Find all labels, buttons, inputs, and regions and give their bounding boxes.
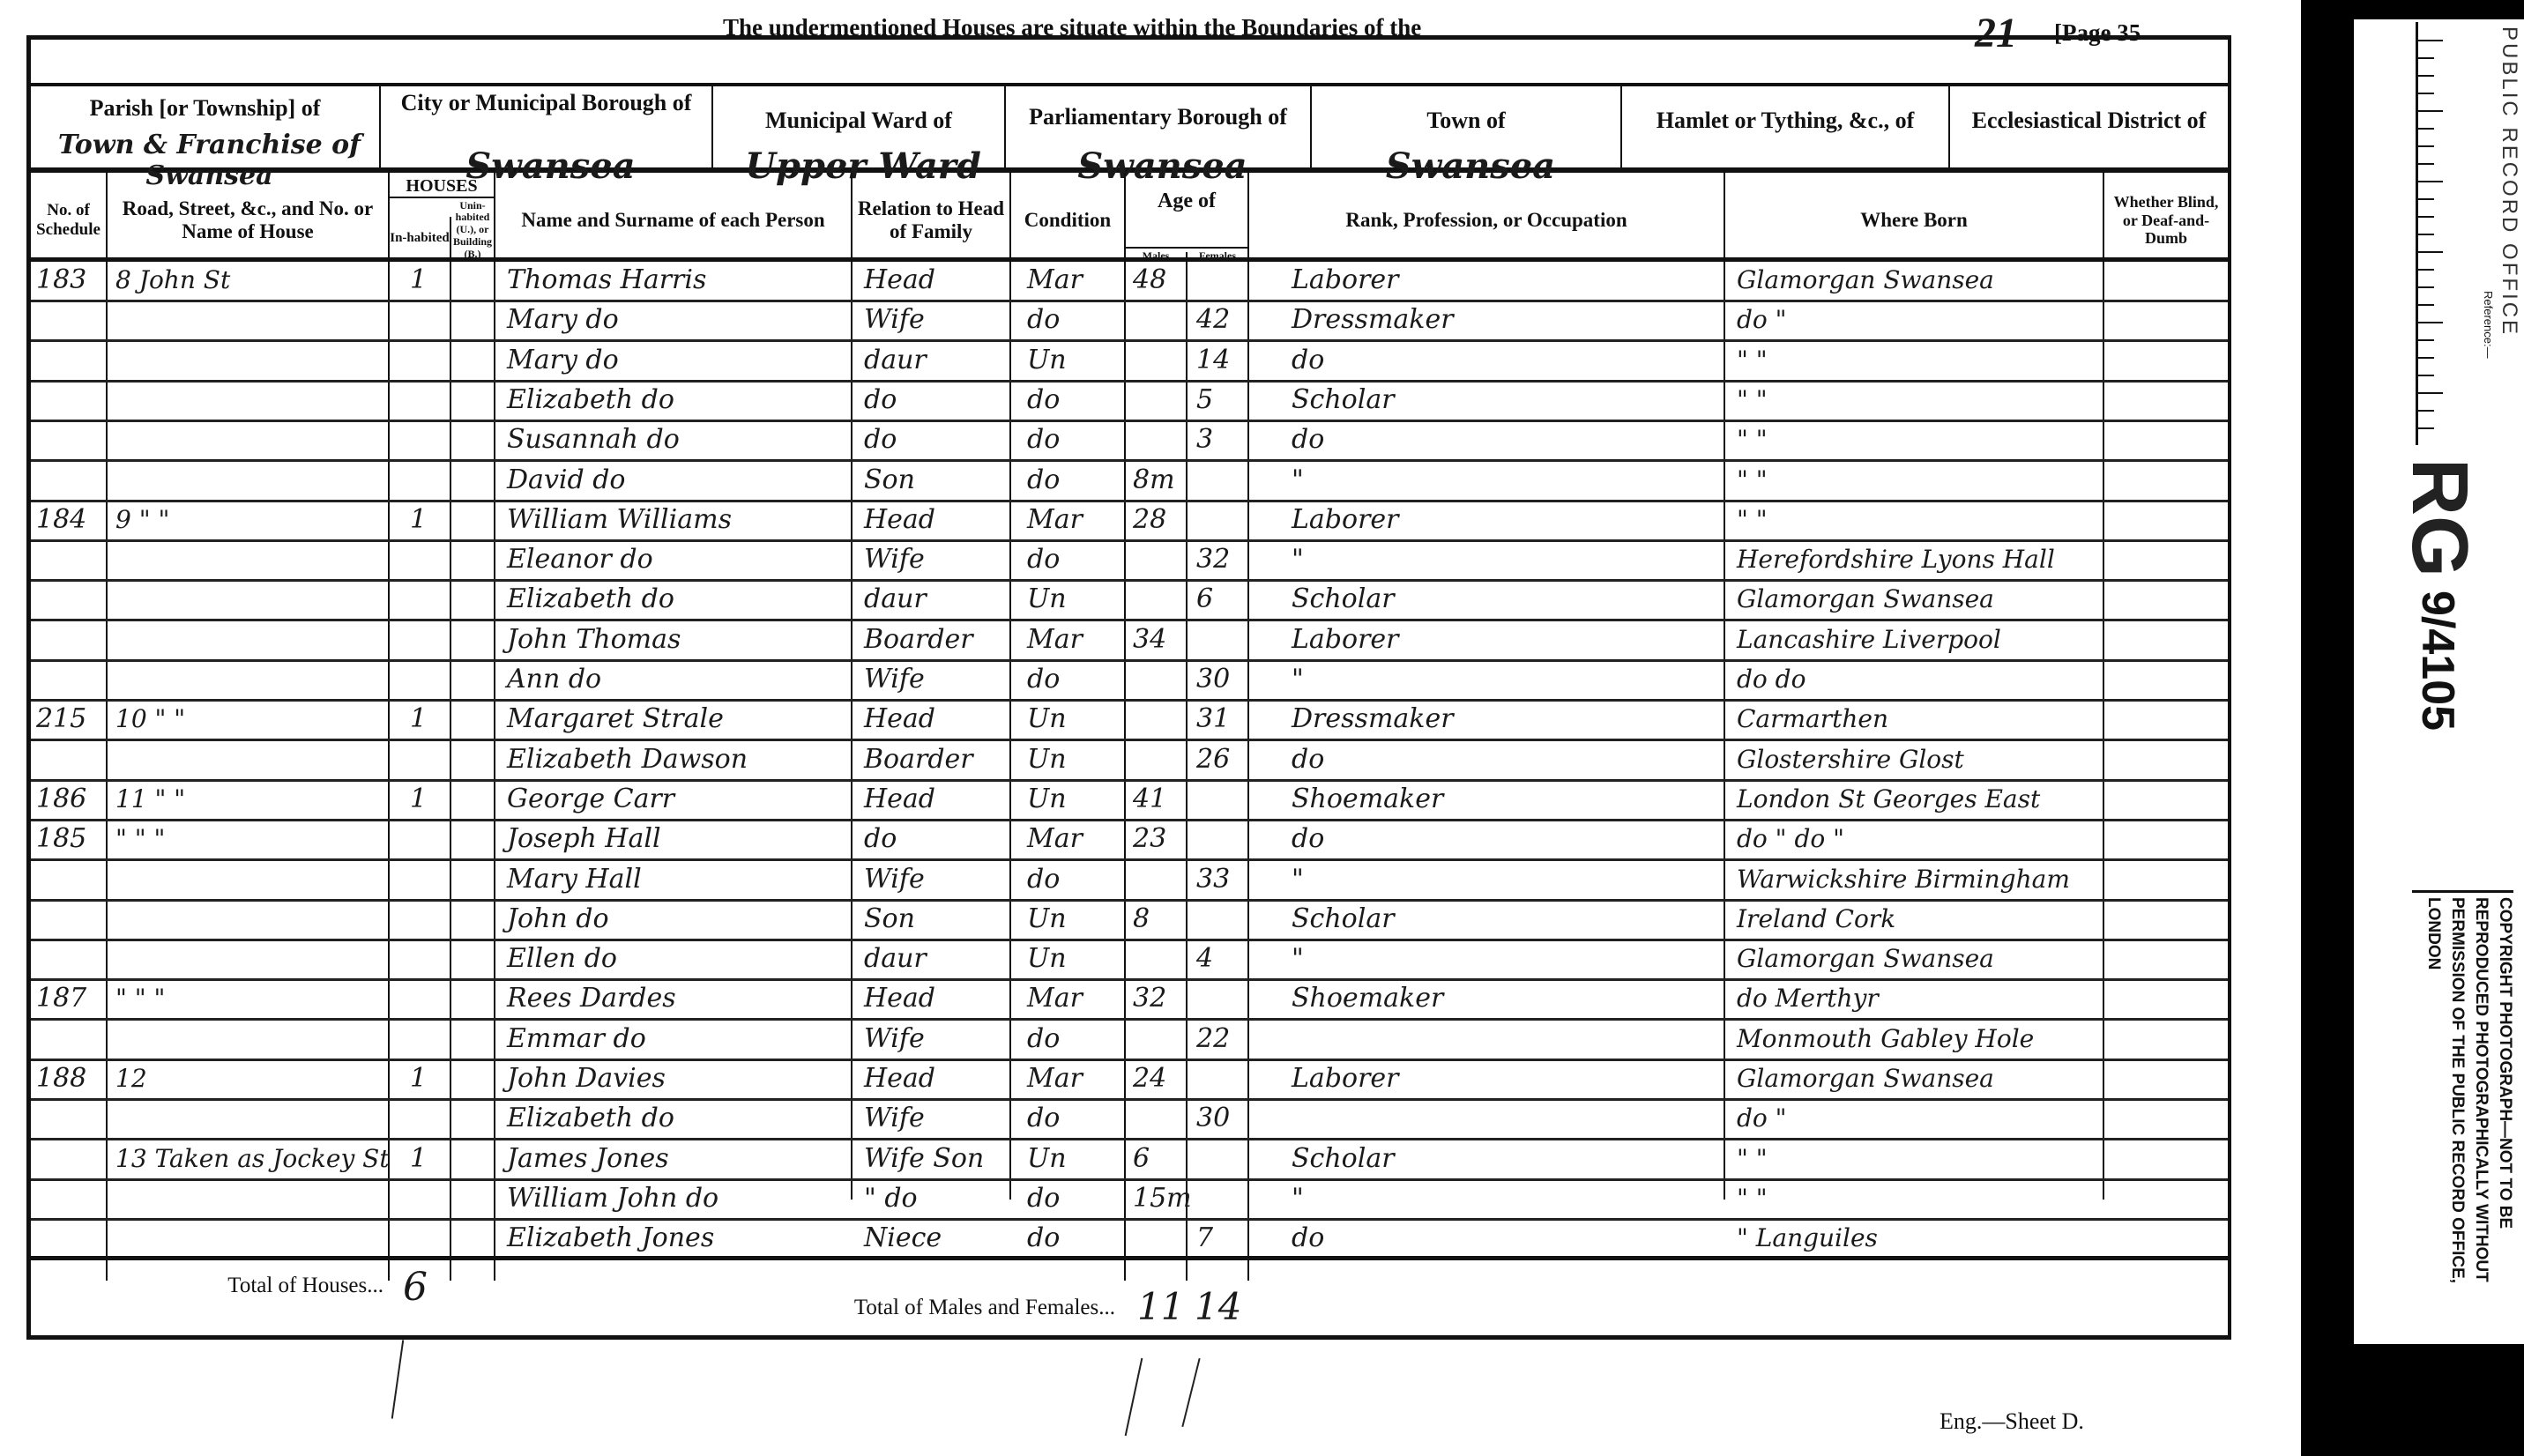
total-persons-label: Total of Males and Females...: [771, 1296, 1115, 1321]
relation: Wife: [864, 1021, 1005, 1057]
occupation: ": [1292, 661, 1715, 697]
condition: Un: [1027, 1140, 1120, 1177]
boundary-label: Parliamentary Borough of: [1006, 104, 1310, 130]
age-female: 22: [1196, 1021, 1245, 1057]
census-row: Elizabeth do daur Un 6 Scholar Glamorgan…: [31, 579, 2228, 621]
age-female: [1196, 1140, 1245, 1177]
age-female: [1196, 501, 1245, 538]
person-name: Emmar do: [507, 1021, 846, 1057]
person-name: Ellen do: [507, 940, 846, 977]
schedule-number: 185: [36, 821, 107, 857]
total-houses-label: Total of Houses...: [84, 1274, 383, 1299]
blind-deaf: [2111, 701, 2226, 737]
schedule-number: 215: [36, 701, 107, 737]
blind-deaf: [2111, 301, 2226, 338]
birthplace: Glostershire Glost: [1737, 741, 2098, 777]
occupation: do: [1292, 1220, 1715, 1256]
inhabited-count: [410, 661, 445, 697]
inhabited-count: [410, 1100, 445, 1136]
condition: Un: [1027, 581, 1120, 617]
uninhabited-count: [454, 940, 489, 977]
blind-deaf: [2111, 421, 2226, 457]
relation: Head: [864, 781, 1005, 817]
blind-deaf: [2111, 541, 2226, 577]
schedule-number: [36, 1100, 107, 1136]
person-name: Joseph Hall: [507, 821, 846, 857]
measurement-ruler: [2416, 22, 2453, 445]
header-inhabited: In-habited: [390, 217, 450, 261]
relation: Head: [864, 501, 1005, 538]
blind-deaf: [2111, 821, 2226, 857]
birthplace: " ": [1737, 1180, 2098, 1216]
copyright-divider: [2412, 890, 2513, 893]
record-office-label: PUBLIC RECORD OFFICE: [2497, 26, 2521, 337]
census-row: Ann do Wife do 30 " do do: [31, 659, 2228, 702]
inhabited-count: [410, 1220, 445, 1256]
relation: Head: [864, 701, 1005, 737]
condition: Mar: [1027, 501, 1120, 538]
uninhabited-count: [454, 501, 489, 538]
age-female: [1196, 262, 1245, 298]
blind-deaf: [2111, 621, 2226, 657]
inhabited-count: [410, 541, 445, 577]
street-address: 8 John St: [115, 262, 384, 298]
person-name: George Carr: [507, 781, 846, 817]
birthplace: Monmouth Gabley Hole: [1737, 1021, 2098, 1057]
age-female: [1196, 901, 1245, 937]
relation: Son: [864, 901, 1005, 937]
schedule-number: [36, 541, 107, 577]
birthplace: Lancashire Liverpool: [1737, 621, 2098, 657]
age-male: 8m: [1133, 462, 1186, 498]
relation: Boarder: [864, 741, 1005, 777]
header-blind: Whether Blind, or Deaf-and-Dumb: [2104, 167, 2228, 273]
street-address: [115, 342, 384, 378]
blind-deaf: [2111, 940, 2226, 977]
relation: Head: [864, 262, 1005, 298]
condition: Mar: [1027, 980, 1120, 1016]
birthplace: Carmarthen: [1737, 701, 2098, 737]
top-rule: [31, 35, 2228, 40]
inhabited-count: [410, 980, 445, 1016]
uninhabited-count: [454, 1060, 489, 1096]
condition: do: [1027, 421, 1120, 457]
street-address: [115, 1100, 384, 1136]
header-born: Where Born: [1725, 167, 2103, 273]
blind-deaf: [2111, 501, 2226, 538]
schedule-number: [36, 342, 107, 378]
age-female: 32: [1196, 541, 1245, 577]
boundary-label: Ecclesiastical District of: [1950, 108, 2228, 134]
street-address: [115, 581, 384, 617]
birthplace: London St Georges East: [1737, 781, 2098, 817]
census-row: Mary do daur Un 14 do " ": [31, 340, 2228, 383]
film-edge-top: [2319, 0, 2524, 19]
schedule-number: [36, 621, 107, 657]
condition: Un: [1027, 901, 1120, 937]
inhabited-count: 1: [410, 781, 445, 817]
street-address: 12: [115, 1060, 384, 1096]
relation: Wife Son: [864, 1140, 1005, 1177]
relation: Head: [864, 1060, 1005, 1096]
relation: do: [864, 421, 1005, 457]
person-name: Elizabeth do: [507, 1100, 846, 1136]
blind-deaf: [2111, 462, 2226, 498]
uninhabited-count: [454, 581, 489, 617]
uninhabited-count: [454, 462, 489, 498]
birthplace: " ": [1737, 342, 2098, 378]
total-houses-value: 6: [403, 1265, 428, 1310]
street-address: 10 " ": [115, 701, 384, 737]
occupation: Scholar: [1292, 382, 1715, 418]
census-row: 13 Taken as Jockey St 1 James Jones Wife…: [31, 1139, 2228, 1181]
inhabited-count: [410, 861, 445, 897]
age-female: 30: [1196, 1100, 1245, 1136]
relation: " do: [864, 1180, 1005, 1216]
person-name: John Thomas: [507, 621, 846, 657]
age-male: [1133, 541, 1186, 577]
uninhabited-count: [454, 661, 489, 697]
age-male: [1133, 342, 1186, 378]
total-females: 14: [1195, 1285, 1241, 1328]
census-row: 184 9 " " 1 William Williams Head Mar 28…: [31, 500, 2228, 542]
uninhabited-count: [454, 1180, 489, 1216]
occupation: Laborer: [1292, 501, 1715, 538]
inhabited-count: 1: [410, 1140, 445, 1177]
schedule-number: [36, 940, 107, 977]
relation: Wife: [864, 301, 1005, 338]
person-name: William Williams: [507, 501, 846, 538]
occupation: Laborer: [1292, 621, 1715, 657]
condition: Un: [1027, 342, 1120, 378]
age-male: 41: [1133, 781, 1186, 817]
relation: daur: [864, 940, 1005, 977]
census-row: Elizabeth Dawson Boarder Un 26 do Gloste…: [31, 739, 2228, 782]
age-subrule: [1126, 247, 1247, 249]
person-name: Ann do: [507, 661, 846, 697]
inhabited-count: [410, 382, 445, 418]
age-female: 3: [1196, 421, 1245, 457]
condition: Un: [1027, 940, 1120, 977]
heading-rule: [31, 83, 2228, 86]
age-female: [1196, 462, 1245, 498]
header-houses: HOUSES: [390, 176, 494, 198]
street-address: [115, 661, 384, 697]
street-address: [115, 901, 384, 937]
condition: Mar: [1027, 1060, 1120, 1096]
person-name: James Jones: [507, 1140, 846, 1177]
age-female: [1196, 621, 1245, 657]
blind-deaf: [2111, 342, 2226, 378]
uninhabited-count: [454, 1220, 489, 1256]
age-female: 30: [1196, 661, 1245, 697]
schedule-number: 183: [36, 262, 107, 298]
uninhabited-count: [454, 342, 489, 378]
census-row: 183 8 John St 1 Thomas Harris Head Mar 4…: [31, 260, 2228, 302]
person-name: John Davies: [507, 1060, 846, 1096]
street-address: [115, 861, 384, 897]
occupation: ": [1292, 541, 1715, 577]
birthplace: Ireland Cork: [1737, 901, 2098, 937]
header-occupation: Rank, Profession, or Occupation: [1249, 167, 1724, 273]
condition: do: [1027, 301, 1120, 338]
street-address: " " ": [115, 821, 384, 857]
relation: Wife: [864, 1100, 1005, 1136]
uninhabited-count: [454, 861, 489, 897]
blind-deaf: [2111, 1220, 2226, 1256]
blind-deaf: [2111, 661, 2226, 697]
age-male: [1133, 421, 1186, 457]
occupation: Scholar: [1292, 581, 1715, 617]
age-female: 5: [1196, 382, 1245, 418]
birthplace: do do: [1737, 661, 2098, 697]
age-male: [1133, 301, 1186, 338]
age-female: 7: [1196, 1220, 1245, 1256]
age-male: [1133, 940, 1186, 977]
condition: do: [1027, 1220, 1120, 1256]
census-row: Emmar do Wife do 22 Monmouth Gabley Hole: [31, 1019, 2228, 1061]
inhabited-count: [410, 901, 445, 937]
person-name: Elizabeth do: [507, 581, 846, 617]
condition: do: [1027, 541, 1120, 577]
occupation: [1292, 1021, 1715, 1057]
census-row: William John do " do do 15m " " ": [31, 1178, 2228, 1221]
condition: Un: [1027, 741, 1120, 777]
occupation: ": [1292, 940, 1715, 977]
boundary-label: Municipal Ward of: [713, 108, 1004, 134]
reference-piece: 9/4105: [2411, 591, 2464, 731]
uninhabited-count: [454, 980, 489, 1016]
condition: do: [1027, 382, 1120, 418]
condition: do: [1027, 1100, 1120, 1136]
condition: Un: [1027, 781, 1120, 817]
blind-deaf: [2111, 1140, 2226, 1177]
condition: do: [1027, 462, 1120, 498]
census-row: Elizabeth Jones Niece do 7 do " Languile…: [31, 1218, 2228, 1260]
blind-deaf: [2111, 1100, 2226, 1136]
inhabited-count: [410, 821, 445, 857]
birthplace: " ": [1737, 462, 2098, 498]
street-address: [115, 421, 384, 457]
totals-rule: [31, 1256, 2228, 1260]
person-name: Margaret Strale: [507, 701, 846, 737]
birthplace: " ": [1737, 421, 2098, 457]
film-edge: [2301, 0, 2354, 1456]
occupation: Shoemaker: [1292, 980, 1715, 1016]
street-address: [115, 741, 384, 777]
age-female: 14: [1196, 342, 1245, 378]
schedule-number: [36, 301, 107, 338]
schedule-number: [36, 421, 107, 457]
uninhabited-count: [454, 382, 489, 418]
relation: Son: [864, 462, 1005, 498]
reference-label: Reference:—: [2482, 291, 2495, 359]
census-row: Susannah do do do 3 do " ": [31, 420, 2228, 462]
uninhabited-count: [454, 741, 489, 777]
schedule-number: 184: [36, 501, 107, 538]
birthplace: Glamorgan Swansea: [1737, 1060, 2098, 1096]
street-address: [115, 301, 384, 338]
person-name: Thomas Harris: [507, 262, 846, 298]
age-male: 34: [1133, 621, 1186, 657]
birthplace: do Merthyr: [1737, 980, 2098, 1016]
condition: Mar: [1027, 262, 1120, 298]
street-address: [115, 1021, 384, 1057]
census-row: Elizabeth do Wife do 30 do ": [31, 1098, 2228, 1140]
age-female: [1196, 781, 1245, 817]
occupation: ": [1292, 861, 1715, 897]
uninhabited-count: [454, 901, 489, 937]
inhabited-count: 1: [410, 262, 445, 298]
occupation: Dressmaker: [1292, 701, 1715, 737]
uninhabited-count: [454, 1100, 489, 1136]
relation: daur: [864, 581, 1005, 617]
occupation: Scholar: [1292, 1140, 1715, 1177]
person-name: David do: [507, 462, 846, 498]
blind-deaf: [2111, 1060, 2226, 1096]
inhabited-count: [410, 1180, 445, 1216]
uninhabited-count: [454, 301, 489, 338]
occupation: ": [1292, 462, 1715, 498]
census-row: 186 11 " " 1 George Carr Head Un 41 Shoe…: [31, 779, 2228, 821]
blind-deaf: [2111, 262, 2226, 298]
age-male: [1133, 661, 1186, 697]
schedule-number: 188: [36, 1060, 107, 1096]
uninhabited-count: [454, 421, 489, 457]
schedule-number: [36, 901, 107, 937]
age-male: [1133, 382, 1186, 418]
birthplace: do ": [1737, 301, 2098, 338]
person-name: Elizabeth Dawson: [507, 741, 846, 777]
uninhabited-count: [454, 1021, 489, 1057]
header-condition: Condition: [1011, 167, 1124, 273]
header-age: Age of: [1126, 189, 1247, 214]
occupation: do: [1292, 421, 1715, 457]
census-row: David do Son do 8m " " ": [31, 460, 2228, 502]
boundary-label: Town of: [1312, 108, 1620, 134]
uninhabited-count: [454, 781, 489, 817]
birthplace: Glamorgan Swansea: [1737, 940, 2098, 977]
uninhabited-count: [454, 1140, 489, 1177]
relation: Wife: [864, 861, 1005, 897]
birthplace: Glamorgan Swansea: [1737, 262, 2098, 298]
header-relation: Relation to Head of Family: [853, 167, 1009, 273]
schedule-number: 186: [36, 781, 107, 817]
inhabited-count: [410, 940, 445, 977]
uninhabited-count: [454, 701, 489, 737]
street-address: [115, 462, 384, 498]
birthplace: " ": [1737, 382, 2098, 418]
occupation: Laborer: [1292, 262, 1715, 298]
age-male: 48: [1133, 262, 1186, 298]
tally-mark: [1181, 1358, 1200, 1427]
inhabited-count: [410, 741, 445, 777]
blind-deaf: [2111, 741, 2226, 777]
relation: do: [864, 382, 1005, 418]
relation: Wife: [864, 661, 1005, 697]
header-name: Name and Surname of each Person: [495, 167, 851, 273]
age-male: 15m: [1133, 1180, 1186, 1216]
uninhabited-count: [454, 821, 489, 857]
census-row: 215 10 " " 1 Margaret Strale Head Un 31 …: [31, 699, 2228, 741]
reference-series: RG: [2394, 458, 2484, 577]
age-male: 28: [1133, 501, 1186, 538]
census-row: Eleanor do Wife do 32 " Herefordshire Ly…: [31, 539, 2228, 582]
relation: Wife: [864, 541, 1005, 577]
person-name: Mary Hall: [507, 861, 846, 897]
inhabited-count: [410, 1021, 445, 1057]
census-row: Mary Hall Wife do 33 " Warwickshire Birm…: [31, 859, 2228, 902]
boundary-label: Parish [or Township] of: [31, 95, 379, 122]
age-female: [1196, 1180, 1245, 1216]
person-name: Elizabeth Jones: [507, 1220, 846, 1256]
inhabited-count: [410, 621, 445, 657]
inhabited-count: [410, 462, 445, 498]
blind-deaf: [2111, 581, 2226, 617]
census-row: Mary do Wife do 42 Dressmaker do ": [31, 300, 2228, 342]
census-page: The undermentioned Houses are situate wi…: [0, 0, 2319, 1456]
boundary-label: Hamlet or Tything, &c., of: [1622, 108, 1948, 134]
relation: Boarder: [864, 621, 1005, 657]
age-male: 6: [1133, 1140, 1186, 1177]
boundary-label: City or Municipal Borough of: [381, 90, 711, 116]
header-street: Road, Street, &c., and No. or Name of Ho…: [108, 167, 388, 273]
schedule-number: [36, 861, 107, 897]
birthplace: Glamorgan Swansea: [1737, 581, 2098, 617]
uninhabited-count: [454, 262, 489, 298]
age-female: 6: [1196, 581, 1245, 617]
age-female: [1196, 980, 1245, 1016]
inhabited-count: [410, 342, 445, 378]
birthplace: " Languiles: [1737, 1220, 2098, 1256]
blind-deaf: [2111, 901, 2226, 937]
occupation: Laborer: [1292, 1060, 1715, 1096]
age-male: [1133, 581, 1186, 617]
copyright-notice: COPYRIGHT PHOTOGRAPH—NOT TO BE REPRODUCE…: [2422, 897, 2517, 1320]
age-male: 23: [1133, 821, 1186, 857]
blind-deaf: [2111, 980, 2226, 1016]
sheet-footer: Eng.—Sheet D.: [1940, 1408, 2084, 1435]
person-name: Rees Dardes: [507, 980, 846, 1016]
census-row: 185 " " " Joseph Hall do Mar 23 do do " …: [31, 819, 2228, 861]
age-male: [1133, 1021, 1186, 1057]
person-name: John do: [507, 901, 846, 937]
condition: do: [1027, 1021, 1120, 1057]
street-address: [115, 382, 384, 418]
occupation: ": [1292, 1180, 1715, 1216]
street-address: " " ": [115, 980, 384, 1016]
birthplace: Herefordshire Lyons Hall: [1737, 541, 2098, 577]
inhabited-count: 1: [410, 701, 445, 737]
age-male: [1133, 1220, 1186, 1256]
census-row: 187 " " " Rees Dardes Head Mar 32 Shoema…: [31, 978, 2228, 1021]
blind-deaf: [2111, 1021, 2226, 1057]
condition: Un: [1027, 701, 1120, 737]
birthplace: do " do ": [1737, 821, 2098, 857]
age-male: [1133, 741, 1186, 777]
census-row: Elizabeth do do do 5 Scholar " ": [31, 380, 2228, 422]
person-name: Mary do: [507, 301, 846, 338]
tally-mark: [391, 1340, 405, 1418]
person-name: Mary do: [507, 342, 846, 378]
birthplace: " ": [1737, 1140, 2098, 1177]
occupation: [1292, 1100, 1715, 1136]
street-address: [115, 940, 384, 977]
age-female: 31: [1196, 701, 1245, 737]
schedule-number: 187: [36, 980, 107, 1016]
schedule-number: [36, 382, 107, 418]
census-row: 188 12 1 John Davies Head Mar 24 Laborer…: [31, 1059, 2228, 1101]
